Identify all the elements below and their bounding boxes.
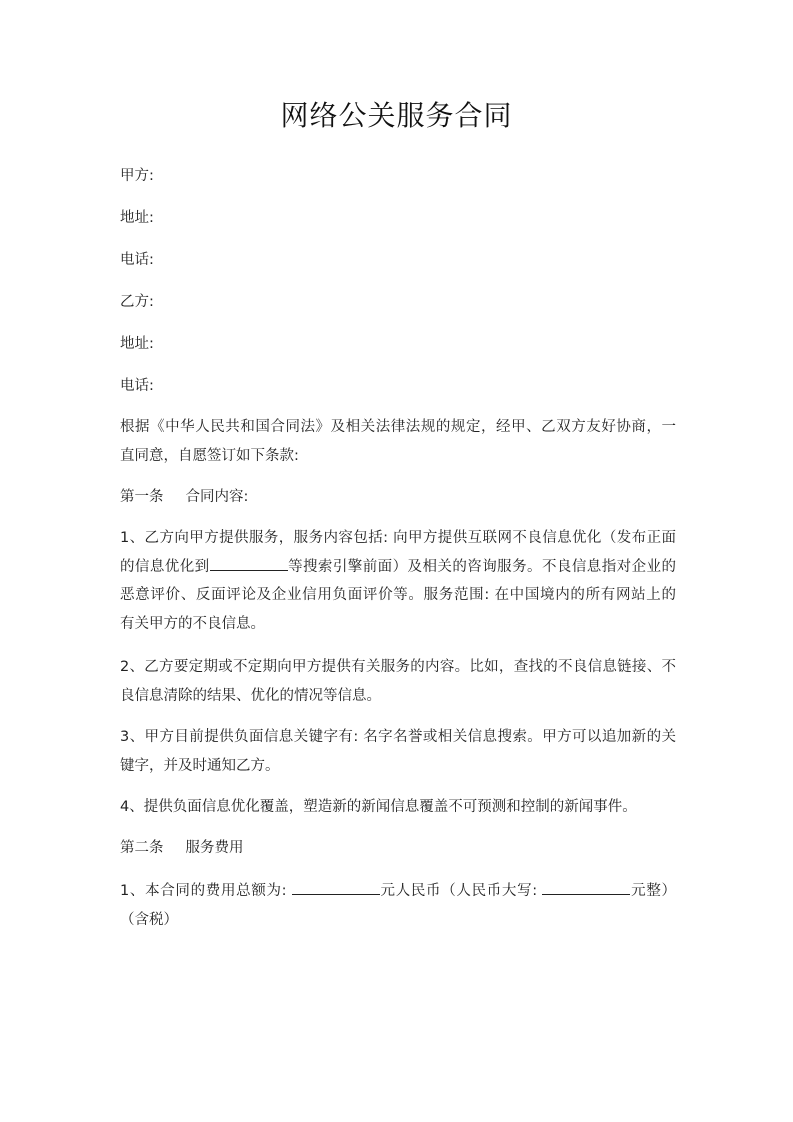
clause-1-line-2: 的信息优化到等搜索引擎前面）及相关的咨询服务。不良信息指对企业的 <box>120 553 676 582</box>
party-a-label: 甲方: <box>120 162 154 190</box>
article-1-clause-3: 3、甲方目前提供负面信息关键字有: 名字名誉或相关信息搜索。甲方可以追加新的关 … <box>120 723 676 780</box>
fee-amount-blank[interactable] <box>292 880 380 895</box>
clause-2-line-1: 2、乙方要定期或不定期向甲方提供有关服务的内容。比如，查找的不良信息链接、不 <box>120 653 676 682</box>
article-2-clause-1: 1、本合同的费用总额为: 元人民币（人民币大写: 元整） （含税） <box>120 877 676 934</box>
clause-1-line-2-after: 等搜索引擎前面）及相关的咨询服务。不良信息指对企业的 <box>288 559 676 575</box>
clause-3-line-1: 3、甲方目前提供负面信息关键字有: 名字名誉或相关信息搜索。甲方可以追加新的关 <box>120 723 676 752</box>
article-1-clause-4: 4、提供负面信息优化覆盖，塑造新的新闻信息覆盖不可预测和控制的新闻事件。 <box>120 793 676 822</box>
article-1-number: 第一条 <box>120 489 164 505</box>
clause-1-line-4: 有关甲方的不良信息。 <box>120 610 676 639</box>
fee-amount-words-blank[interactable] <box>542 880 630 895</box>
party-b-phone-label: 电话: <box>120 372 154 400</box>
article-2-heading: 第二条服务费用 <box>120 834 244 862</box>
party-a-address-label: 地址: <box>120 204 154 232</box>
document-title: 网络公关服务合同 <box>0 94 793 134</box>
search-engine-blank[interactable] <box>210 556 288 571</box>
article-2-number: 第二条 <box>120 840 164 856</box>
clause-2-line-2: 良信息清除的结果、优化的情况等信息。 <box>120 682 676 711</box>
clause-1-line-1: 1、乙方向甲方提供服务，服务内容包括: 向甲方提供互联网不良信息优化（发布正面 <box>120 524 676 553</box>
article-2-title: 服务费用 <box>186 840 244 856</box>
clause-4-line-1: 4、提供负面信息优化覆盖，塑造新的新闻信息覆盖不可预测和控制的新闻事件。 <box>120 793 676 822</box>
preamble-line-2: 直同意，自愿签订如下条款: <box>120 442 676 471</box>
party-b-label: 乙方: <box>120 288 154 316</box>
party-b-address-label: 地址: <box>120 330 154 358</box>
clause-3-line-2: 键字，并及时通知乙方。 <box>120 752 676 781</box>
fee-words-label: 元人民币（人民币大写: <box>380 883 543 899</box>
fee-line-2: （含税） <box>120 906 676 935</box>
article-1-clause-1: 1、乙方向甲方提供服务，服务内容包括: 向甲方提供互联网不良信息优化（发布正面 … <box>120 524 676 638</box>
preamble-paragraph: 根据《中华人民共和国合同法》及相关法律法规的规定，经甲、乙双方友好协商，一 直同… <box>120 413 676 470</box>
fee-suffix: 元整） <box>630 883 676 899</box>
party-a-phone-label: 电话: <box>120 246 154 274</box>
clause-1-line-3: 恶意评价、反面评论及企业信用负面评价等。服务范围: 在中国境内的所有网站上的 <box>120 581 676 610</box>
article-1-clause-2: 2、乙方要定期或不定期向甲方提供有关服务的内容。比如，查找的不良信息链接、不 良… <box>120 653 676 710</box>
fee-line-1: 1、本合同的费用总额为: 元人民币（人民币大写: 元整） <box>120 877 676 906</box>
preamble-line-1: 根据《中华人民共和国合同法》及相关法律法规的规定，经甲、乙双方友好协商，一 <box>120 413 676 442</box>
article-1-heading: 第一条合同内容: <box>120 483 248 511</box>
fee-total-label: 1、本合同的费用总额为: <box>120 883 292 899</box>
contract-page: 网络公关服务合同 甲方: 地址: 电话: 乙方: 地址: 电话: 根据《中华人民… <box>0 0 793 1122</box>
article-1-title: 合同内容: <box>186 489 249 505</box>
clause-1-line-2-before: 的信息优化到 <box>120 559 210 575</box>
